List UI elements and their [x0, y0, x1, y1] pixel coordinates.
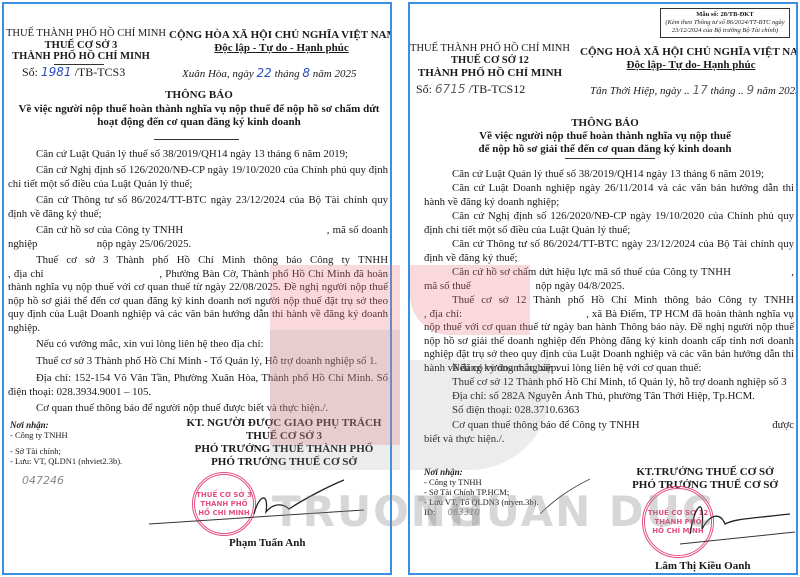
- nation-title: CỘNG HÒA XÃ HỘI CHỦ NGHĨA VIỆT NAM: [169, 29, 392, 41]
- paragraph: Thuế cơ sở 3 Thành phố Hồ Chí Minh thông…: [8, 254, 388, 336]
- paragraph: Căn cứ Luật Quản lý thuế số 38/2019/QH14…: [424, 168, 794, 182]
- notice-document-tcs12: Mẫu số: 28/TB-ĐKT (Kèm theo Thông tư số …: [408, 2, 798, 575]
- recipients-label: Nơi nhận:: [10, 420, 49, 430]
- notice-subject-line1: Về việc người nộp thuế hoàn thành nghĩa …: [410, 130, 798, 143]
- handwritten-number: 6715: [435, 82, 466, 96]
- motto: Độc lập - Tự do - Hạnh phúc: [169, 42, 392, 54]
- recipient-item: - Lưu VT, Tổ QLDN3 (ntyen.3b).: [424, 497, 539, 507]
- agency-branch: THUẾ CƠ SỞ 12: [410, 55, 570, 67]
- signature-icon: [144, 474, 384, 534]
- paragraph: Căn cứ Nghị định số 126/2020/NĐ-CP ngày …: [424, 210, 794, 237]
- paragraph: Căn cứ hồ sơ của Công ty TNHH , mã số do…: [8, 224, 388, 251]
- issue-date: Xuân Hòa, ngày 22 tháng 8 năm 2025: [182, 66, 356, 80]
- signer-title: PHÓ TRƯỞNG THUẾ CƠ SỞ: [174, 456, 392, 469]
- paragraph: Địa chỉ: 152-154 Võ Văn Tần, Phường Xuân…: [8, 372, 388, 399]
- paragraph: Căn cứ Nghị định số 126/2020/NĐ-CP ngày …: [8, 164, 388, 191]
- document-number: Số: 6715 /TB-TCS12: [416, 82, 525, 97]
- nation-title: CỘNG HOÀ XÃ HỘI CHỦ NGHĨA VIỆT NAM: [580, 46, 798, 58]
- paragraph: Thuế cơ sở 3 Thành phố Hồ Chí Minh - Tổ …: [8, 355, 388, 369]
- paragraph: Địa chỉ: số 282A Nguyễn Ảnh Thủ, phường …: [424, 390, 794, 404]
- recipients-label: Nơi nhận:: [424, 467, 463, 477]
- form-reference-box: Mẫu số: 28/TB-ĐKT (Kèm theo Thông tư số …: [660, 8, 790, 38]
- agency-name: THUẾ THÀNH PHỐ HỒ CHÍ MINH: [6, 28, 156, 40]
- agency-city: THÀNH PHỐ HỒ CHÍ MINH: [410, 67, 570, 79]
- notice-document-tcs3: THUẾ THÀNH PHỐ HỒ CHÍ MINH THUẾ CƠ SỞ 3 …: [2, 2, 392, 575]
- recipient-item: - Công ty TNHH: [424, 477, 482, 487]
- notice-subject-line2: hoạt động đến cơ quan đăng ký kinh doanh: [4, 116, 392, 129]
- paragraph: Căn cứ Thông tư số 86/2024/TT-BTC ngày 2…: [424, 238, 794, 265]
- issue-date: Tân Thới Hiệp, ngày .. 17 tháng .. 9 năm…: [590, 83, 798, 97]
- signer-title: THUẾ CƠ SỞ 3: [174, 430, 392, 443]
- signature-icon: [530, 474, 798, 554]
- signer-title: KT. NGƯỜI ĐƯỢC GIAO PHỤ TRÁCH: [174, 417, 392, 430]
- signer-name: Lâm Thị Kiều Oanh: [655, 560, 750, 572]
- paragraph: Căn cứ hồ sơ chấm dứt hiệu lực mã số thu…: [424, 266, 794, 293]
- recipient-item: - Sở Tài Chính TP.HCM;: [424, 487, 509, 497]
- paragraph: Nếu có vướng mắc, xin vui lòng liên hệ t…: [8, 338, 388, 352]
- handwritten-id: 063310: [447, 508, 479, 518]
- handwritten-number: 1981: [41, 65, 72, 79]
- subject-rule: [154, 139, 239, 140]
- signer-title: PHÓ TRƯỞNG THUẾ THÀNH PHỐ: [174, 443, 392, 456]
- document-number: Số: 1981 /TB-TCS3: [22, 65, 125, 80]
- paragraph: Cơ quan thuế thông báo để người nộp thuế…: [8, 402, 388, 416]
- recipient-item: - Lưu: VT, QLDN1 (nhviet2.3b).: [10, 456, 122, 466]
- agency-name: THUẾ THÀNH PHỐ HỒ CHÍ MINH: [410, 43, 570, 55]
- notice-subject-line1: Về việc người nộp thuế hoàn thành nghĩa …: [4, 103, 392, 116]
- paragraph: Căn cứ Thông tư số 86/2024/TT-BTC ngày 2…: [8, 194, 388, 221]
- notice-title: THÔNG BÁO: [4, 89, 392, 102]
- recipient-item: - Công ty TNHH: [10, 430, 68, 440]
- notice-subject-line2: để nộp hồ sơ giải thể đến cơ quan đăng k…: [410, 143, 798, 156]
- notice-title: THÔNG BÁO: [410, 117, 798, 130]
- paragraph: Số điện thoại: 028.3710.6363: [424, 404, 794, 418]
- paragraph: Căn cứ Luật Doanh nghiệp ngày 26/11/2014…: [424, 182, 794, 209]
- paragraph: Thuế cơ sở 12 Thành phố Hồ Chí Minh, tổ …: [424, 376, 794, 390]
- record-id: ID: 063310: [424, 507, 480, 518]
- paragraph: Nếu có vướng mắc, xin vui lòng liên hệ v…: [424, 362, 794, 376]
- signer-name: Phạm Tuấn Anh: [229, 537, 305, 549]
- agency-city: THÀNH PHỐ HỒ CHÍ MINH: [6, 51, 156, 63]
- recipient-item: - Sở Tài chính;: [10, 446, 61, 456]
- motto: Độc lập- Tự do- Hạnh phúc: [580, 59, 798, 71]
- handwritten-id: 047246: [22, 474, 64, 487]
- paragraph: Căn cứ Luật Quản lý thuế số 38/2019/QH14…: [8, 148, 388, 162]
- paragraph: Cơ quan thuế thông báo để Công ty TNHH đ…: [424, 419, 794, 446]
- subject-rule: [565, 158, 655, 159]
